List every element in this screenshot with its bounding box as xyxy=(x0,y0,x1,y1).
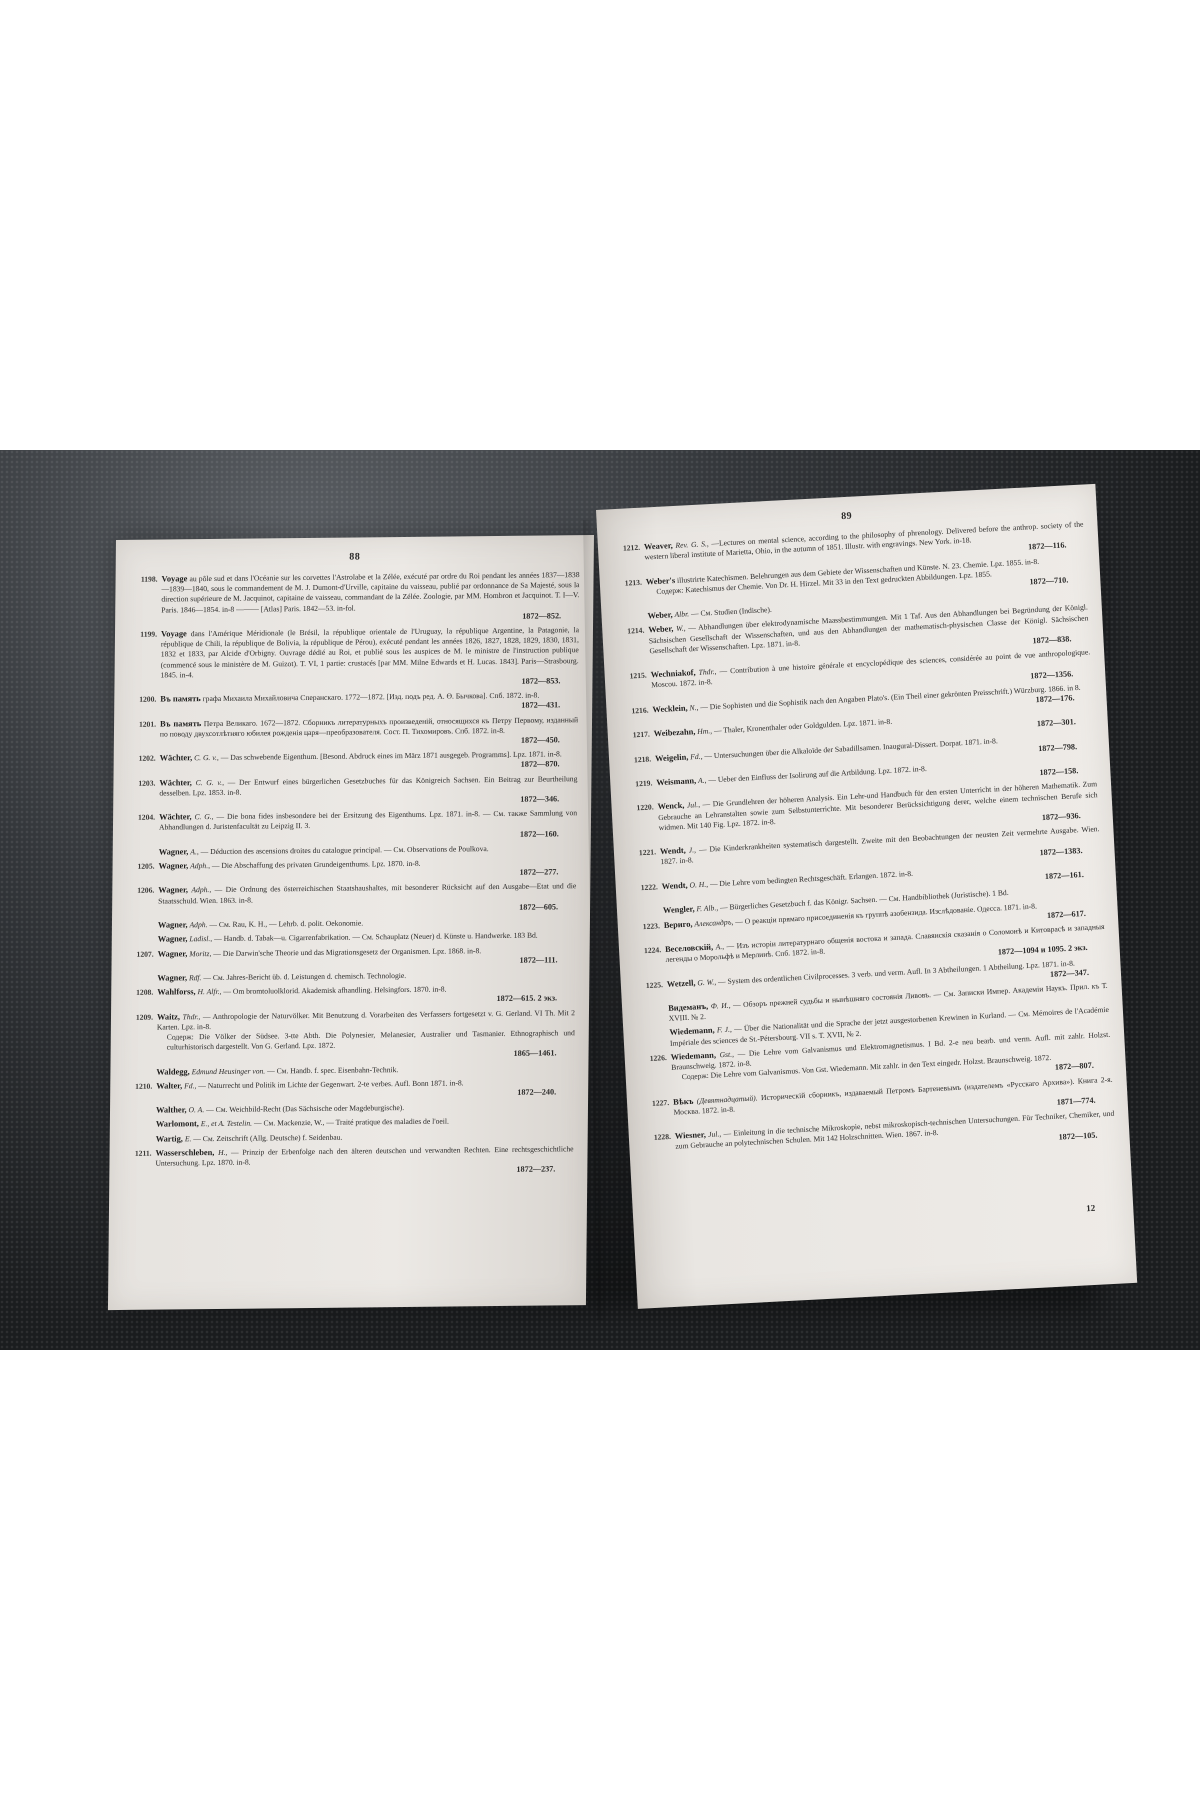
entry-qualifier: Adph., xyxy=(190,861,210,870)
entry-author: Wengler, xyxy=(663,905,695,916)
entry-qualifier: Albr. xyxy=(674,609,689,619)
entry-text: — Die Abschaffung des privaten Grundeige… xyxy=(212,859,421,870)
entry-qualifier: A., xyxy=(190,847,199,856)
catalog-entry: 1211.Wasserschleben, H., — Prinzip der E… xyxy=(123,1144,573,1179)
entry-author: Wartig, xyxy=(156,1134,183,1143)
entry-qualifier: А., xyxy=(715,942,724,951)
entry-body: Wagner, Adph., — Die Abschaffung des pri… xyxy=(158,857,576,882)
entry-qualifier: Fd., xyxy=(690,751,703,761)
entry-qualifier: Moritz, xyxy=(189,949,211,958)
entry-qualifier: Rev. G. S., xyxy=(675,539,709,550)
catalog-entry: 1199.Voyage dans l'Amérique Méridionale … xyxy=(128,625,579,691)
entry-qualifier: F. Alb., xyxy=(696,903,718,913)
entry-number xyxy=(127,847,159,858)
left-entries: 1198.Voyage au pôle sud et dans l'Océani… xyxy=(109,570,593,1179)
entry-number: 1227. xyxy=(641,1097,675,1129)
entry-qualifier: Hm., xyxy=(697,726,712,736)
entry-author: Weber, xyxy=(648,625,673,635)
entry-qualifier: Jul., xyxy=(687,800,701,810)
entry-number: 1205. xyxy=(126,862,158,883)
entry-text: dans l'Amérique Méridionale (le Brésil, … xyxy=(161,625,579,679)
entry-author: Waldegg, xyxy=(156,1067,189,1076)
entry-number: 1210. xyxy=(124,1081,156,1102)
entry-number: 1200. xyxy=(128,695,160,716)
entry-text: au pôle sud et dans l'Océanie sur les co… xyxy=(161,570,579,614)
entry-qualifier: H. Alfr., xyxy=(198,987,222,996)
entry-number: 1215. xyxy=(619,671,653,703)
entry-author: Weber's xyxy=(646,576,676,587)
entry-number: 1214. xyxy=(616,626,650,668)
entry-qualifier: Jul., xyxy=(708,1129,722,1139)
entry-body: Въ память Петра Великаго. 1672—1872. Сбо… xyxy=(160,715,578,750)
entry-body: Walter, Fd., — Naturrecht und Politik im… xyxy=(156,1077,574,1102)
left-page: 88 1198.Voyage au pôle sud et dans l'Océ… xyxy=(108,535,594,1310)
entry-body: Wagner, A., — Déduction des ascensions d… xyxy=(159,843,577,858)
entry-body: Wasserschleben, H., — Prinzip der Erbenf… xyxy=(155,1144,573,1179)
entry-author: Wagner, xyxy=(159,847,189,856)
entry-body: Wagner, Ladisl., — Handb. d. Tabak—u. Ci… xyxy=(158,931,576,946)
entry-qualifier: O. A. xyxy=(189,1105,205,1114)
entry-author: Wagner, xyxy=(158,886,188,895)
entry-qualifier: Ladisl., xyxy=(189,934,212,943)
entry-number: 1220. xyxy=(625,803,659,845)
entry-number: 1209. xyxy=(125,1012,158,1063)
entry-body: Waldegg, Edmund Heusinger von. — См. Han… xyxy=(156,1063,574,1078)
entry-qualifier: H., xyxy=(218,1148,227,1157)
catalog-entry: 1205.Wagner, Adph., — Die Abschaffung de… xyxy=(126,857,576,882)
entry-author: Warlomont, xyxy=(156,1120,199,1129)
entry-number: 1208. xyxy=(125,988,157,1009)
catalog-entry: 1207.Wagner, Moritz, — Die Darwin'sche T… xyxy=(125,945,575,970)
entry-qualifier: Edmund Heusinger von. xyxy=(192,1066,266,1076)
entry-number: 1223. xyxy=(632,921,665,943)
entry-author: Wecklein, xyxy=(652,703,688,714)
catalog-entry: 1198.Voyage au pôle sud et dans l'Océani… xyxy=(129,570,580,626)
catalog-entry: Warlomont, E., et A. Testelin. — См. Mac… xyxy=(124,1116,574,1131)
entry-author: Wiesner, xyxy=(675,1130,706,1141)
entry-number: 1201. xyxy=(128,719,160,750)
entry-qualifier: C. G. v., xyxy=(196,778,224,787)
entry-number: 1202. xyxy=(128,754,160,775)
entry-author: Walther, xyxy=(156,1105,187,1114)
entry-author: Wetzell, xyxy=(667,978,696,988)
entry-body: Wahlforss, H. Alfr., — Om bromtoluolklor… xyxy=(157,983,575,1008)
entry-author: Voyage xyxy=(162,574,188,583)
catalog-entry: 1200.Въ память графа Михаила Михайловича… xyxy=(128,690,578,715)
entry-author: Walter, xyxy=(156,1081,182,1090)
entry-number: 1207. xyxy=(125,949,157,970)
entry-text: — Handb. d. Tabak—u. Cigarrenfabrikation… xyxy=(214,931,538,943)
entry-body: Wagner, Moritz, — Die Darwin'sche Theori… xyxy=(157,945,575,970)
entry-number: 1203. xyxy=(127,778,159,809)
entry-number xyxy=(124,1106,156,1117)
entry-number: 1206. xyxy=(126,886,158,917)
catalog-entry: 1210.Walter, Fd., — Naturrecht und Polit… xyxy=(124,1077,574,1102)
entry-body: Wagner, Adph. — См. Rau, K. H., — Lehrb.… xyxy=(158,916,576,931)
entry-body: Voyage au pôle sud et dans l'Océanie sur… xyxy=(161,570,580,625)
entry-qualifier: G. W., xyxy=(697,977,716,987)
catalog-entry: Wagner, Adph. — См. Rau, K. H., — Lehrb.… xyxy=(126,916,576,931)
catalog-entry: Wagner, A., — Déduction des ascensions d… xyxy=(127,843,577,858)
entry-body: Wächter, C. G. v., — Das schwebende Eige… xyxy=(160,749,578,774)
entry-qualifier: Rdf. xyxy=(189,973,202,982)
entry-qualifier: Ф. И., xyxy=(710,1001,730,1011)
catalog-entry: 1203.Wächter, C. G. v., — Der Entwurf ei… xyxy=(127,774,577,809)
entry-number: 1204. xyxy=(127,813,159,844)
entry-text: — См. Rau, K. H., — Lehrb. d. polit. Oek… xyxy=(209,919,363,930)
entry-author: Wagner, xyxy=(158,920,188,929)
entry-text: — См. Zeitschrift (Allg. Deutsche) f. Se… xyxy=(193,1132,342,1143)
entry-body: Wächter, C. G. v., — Der Entwurf eines b… xyxy=(159,774,577,809)
entry-author: Wagner, xyxy=(157,973,187,982)
entry-author: Weaver, xyxy=(644,541,673,551)
entry-author: Въ память xyxy=(160,719,201,728)
entry-author: Wächter, xyxy=(159,812,192,821)
catalog-entry: 1208.Wahlforss, H. Alfr., — Om bromtoluo… xyxy=(125,983,575,1008)
entry-number: 1225. xyxy=(635,979,668,1001)
entry-text: — Déduction des ascensions droites du ca… xyxy=(201,844,489,856)
entry-qualifier: Thdr., xyxy=(698,667,716,677)
entry-author: Wagner, xyxy=(159,861,189,870)
right-entries: 1212.Weaver, Rev. G. S., —Lectures on me… xyxy=(598,519,1130,1165)
catalog-entry: 1201.Въ память Петра Великаго. 1672—1872… xyxy=(128,715,578,750)
entry-number xyxy=(615,612,647,624)
catalog-entry: 1209.Waitz, Thdr., — Anthropologie der N… xyxy=(125,1008,576,1064)
entry-body: Walther, O. A. — См. Weichbild-Recht (Da… xyxy=(156,1101,574,1116)
entry-author: Wahlforss, xyxy=(157,987,195,996)
entry-body: Въ память графа Михаила Михайловича Спер… xyxy=(160,690,578,715)
right-page: 89 1212.Weaver, Rev. G. S., —Lectures on… xyxy=(596,484,1137,1309)
entry-number xyxy=(124,1067,156,1078)
entry-author: Voyage xyxy=(161,629,187,638)
entry-author: Weibezahn, xyxy=(654,727,696,738)
entry-qualifier: F. J., xyxy=(717,1025,732,1035)
entry-body: Waitz, Thdr., — Anthropologie der Naturv… xyxy=(157,1008,576,1063)
entry-author: Wächter, xyxy=(160,753,193,762)
entry-qualifier: A., xyxy=(698,776,707,785)
signature-mark: 12 xyxy=(1086,1203,1096,1213)
entry-text: — Om bromtoluolklorid. Akademisk afhandl… xyxy=(223,985,446,996)
entry-number: 1218. xyxy=(623,754,656,776)
entry-qualifier: Gst., xyxy=(719,1049,734,1059)
entry-qualifier: Fd., xyxy=(184,1081,196,1090)
entry-author: Wasserschleben, xyxy=(156,1148,215,1158)
entry-number: 1216. xyxy=(620,705,653,727)
catalog-entry: 1204.Wächter, C. G., — Die bona fides in… xyxy=(127,808,577,843)
entry-number xyxy=(124,1134,156,1145)
entry-number: 1222. xyxy=(630,882,663,904)
entry-qualifier: C. G., xyxy=(194,812,213,821)
entry-number xyxy=(631,906,663,918)
entry-author: Weber, xyxy=(647,610,672,620)
entry-number: 1219. xyxy=(624,778,657,800)
entry-text: — Die Darwin'sche Theorie und das Migrat… xyxy=(213,946,481,958)
entry-text: — См. Studien (Indische). xyxy=(691,605,772,618)
entry-body: Wartig, E. — См. Zeitschrift (Allg. Deut… xyxy=(156,1130,574,1145)
entry-qualifier: W., xyxy=(676,624,686,633)
catalog-entry: Waldegg, Edmund Heusinger von. — См. Han… xyxy=(124,1063,574,1078)
entry-number: 1198. xyxy=(129,575,162,626)
entry-text: — См. Jahres-Bericht üb. d. Leistungen d… xyxy=(203,971,406,982)
catalog-entry: 1206.Wagner, Adph., — Die Ordnung des ös… xyxy=(126,882,576,917)
entry-number: 1212. xyxy=(612,543,646,575)
catalog-entry: 1202.Wächter, C. G. v., — Das schwebende… xyxy=(128,749,578,774)
entry-author: Wächter, xyxy=(159,778,192,787)
entry-number: 1221. xyxy=(628,847,662,879)
entry-text: — См. Handb. f. spec. Eisenbahn-Technik. xyxy=(267,1065,398,1075)
book-photo: 88 1198.Voyage au pôle sud et dans l'Océ… xyxy=(0,450,1200,1350)
entry-number xyxy=(126,921,158,932)
entry-qualifier: O. H., xyxy=(689,880,708,890)
entry-number xyxy=(636,1004,669,1026)
entry-body: Wächter, C. G., — Die bona fides insbeso… xyxy=(159,808,577,843)
entry-qualifier: E. xyxy=(185,1134,192,1143)
entry-body: Wagner, Adph., — Die Ordnung des österre… xyxy=(158,882,576,917)
entry-author: Wendt, xyxy=(660,846,686,856)
entry-text: — См. Mackenzie, W., — Traité pratique d… xyxy=(254,1117,449,1128)
entry-author: Видеманъ, xyxy=(668,1002,708,1013)
entry-text: Петра Великаго. 1672—1872. Сборникъ лите… xyxy=(160,715,578,739)
entry-author: Weismann, xyxy=(656,776,696,787)
entry-number: 1211. xyxy=(123,1148,155,1179)
catalog-entry: Walther, O. A. — См. Weichbild-Recht (Da… xyxy=(124,1101,574,1116)
entry-text: — Die bona fides insbesondere bei der Er… xyxy=(159,808,577,832)
entry-number: 1213. xyxy=(614,577,648,609)
catalog-entry: Wagner, Ladisl., — Handb. d. Tabak—u. Ci… xyxy=(126,931,576,946)
entry-number: 1217. xyxy=(622,730,655,752)
entry-number xyxy=(126,935,158,946)
entry-qualifier: Александръ, xyxy=(694,917,733,928)
entry-author: Weigelin, xyxy=(655,752,689,763)
entry-qualifier: Adph., xyxy=(191,886,211,895)
entry-accession-number: 1872—853. xyxy=(160,676,578,691)
entry-body: Voyage dans l'Amérique Méridionale (le B… xyxy=(160,625,579,691)
entry-author: Вѣкъ xyxy=(673,1096,694,1106)
entry-number: 1226. xyxy=(639,1053,673,1095)
entry-text: — Naturrecht und Politik im Lichte der G… xyxy=(198,1078,463,1090)
entry-author: Wendt, xyxy=(662,881,688,891)
page-number-left: 88 xyxy=(116,549,594,565)
entry-number xyxy=(637,1028,670,1050)
entry-qualifier: J., xyxy=(689,846,697,855)
entry-number: 1199. xyxy=(128,630,161,692)
entry-author: Wagner, xyxy=(158,949,188,958)
entry-author: Wagner, xyxy=(158,935,188,944)
entry-author: Вериго, xyxy=(664,919,693,929)
entry-text: — Anthropologie der Naturvölker. Mit Ben… xyxy=(157,1008,575,1032)
entry-qualifier: N., xyxy=(689,703,698,712)
entry-qualifier: C. G. v., xyxy=(194,753,219,762)
catalog-entry: Wartig, E. — См. Zeitschrift (Allg. Deut… xyxy=(124,1130,574,1145)
entry-text: — Die Ordnung des österreichischen Staat… xyxy=(158,882,576,906)
entry-text: — См. Weichbild-Recht (Das Sächsische od… xyxy=(206,1103,404,1114)
entry-body: Wagner, Rdf. — См. Jahres-Bericht üb. d.… xyxy=(157,969,575,984)
entry-body: Warlomont, E., et A. Testelin. — См. Mac… xyxy=(156,1116,574,1131)
entry-number: 1228. xyxy=(643,1132,677,1164)
catalog-entry: Wagner, Rdf. — См. Jahres-Bericht üb. d.… xyxy=(125,969,575,984)
entry-author: Въ память xyxy=(160,694,200,703)
entry-qualifier: E., et A. Testelin. xyxy=(201,1119,252,1129)
entry-number xyxy=(125,973,157,984)
entry-qualifier: Adph. xyxy=(190,920,208,929)
entry-author: Wenck, xyxy=(657,801,684,811)
entry-author: Waitz, xyxy=(157,1012,180,1021)
entry-qualifier: (Девятнадцатый). xyxy=(697,1093,758,1105)
entry-number xyxy=(124,1120,156,1131)
entry-number: 1224. xyxy=(633,945,667,977)
entry-qualifier: Thdr., xyxy=(183,1012,201,1021)
